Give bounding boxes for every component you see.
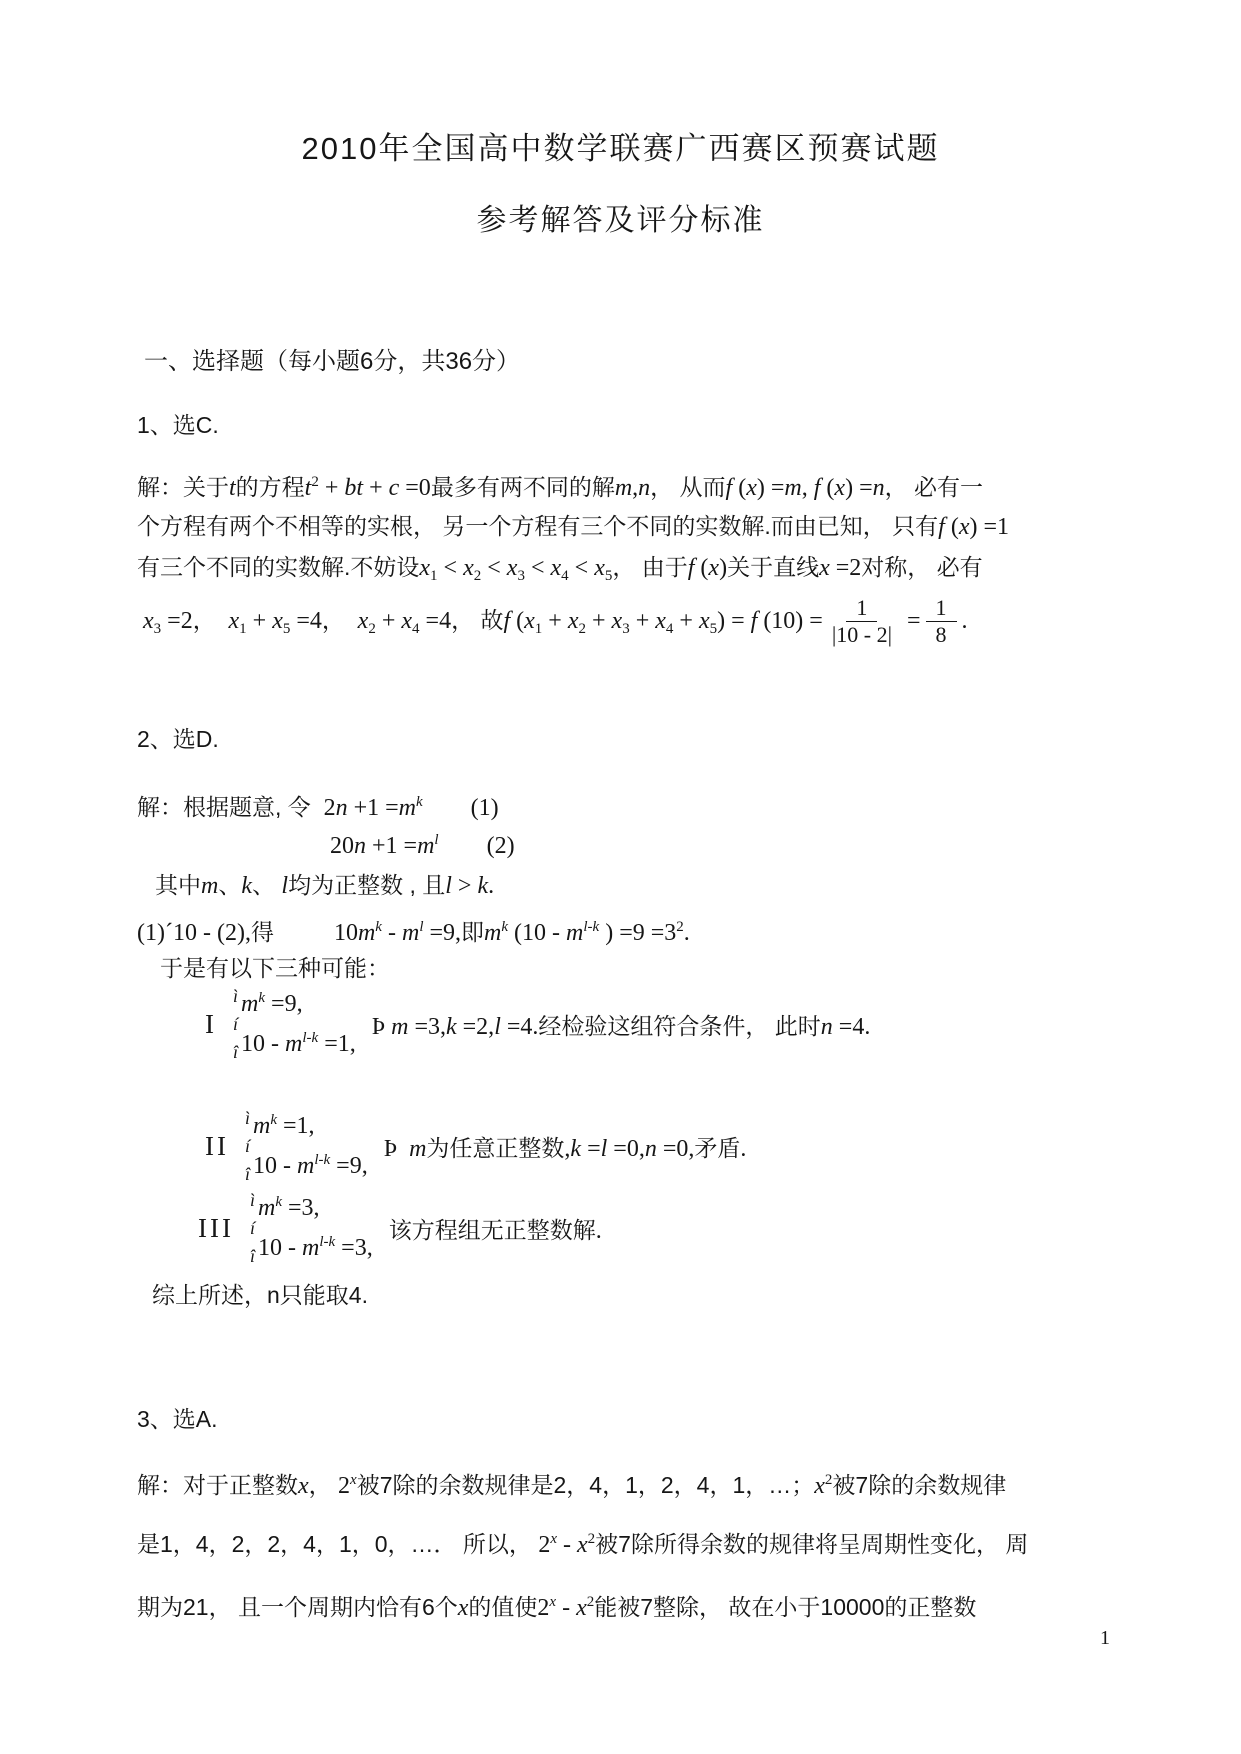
text-segment: k [477,873,488,899]
text-segment: (1) [423,795,499,821]
text-segment: 1 [430,568,438,584]
text-segment: m [402,920,419,946]
text-segment: 期为21， 且一个周期内恰有6个 [137,1594,458,1620]
text-segment: x [550,1531,557,1547]
text-segment: =1, [318,1031,356,1057]
text-segment: ， [309,1472,338,1498]
text-segment: 10 - [241,1031,285,1057]
case-3-result: 该方程组无正整数解. [389,1212,602,1245]
brace-glyph-top: ì [250,1192,255,1208]
problem2-line2: 20n +1 =ml (2) [330,824,515,862]
brace-glyph-bottom: î [250,1248,255,1264]
brace-glyph-bottom: î [233,1044,238,1060]
text-segment: m [297,1153,314,1179]
text-segment: ) [719,555,727,581]
text-segment: < [481,555,507,581]
text-segment: ， [322,607,358,633]
problem3-line1: 解：对于正整数x， 2x被7除的余数规律是2，4，1，2，4，1，…；x2被7除… [137,1464,1006,1502]
text-segment: 、 [218,872,241,898]
text-segment: x [577,1532,588,1558]
problem2-answer-label: 2、选D. [137,723,219,755]
text-segment: x [419,555,430,581]
text-segment: k [416,794,423,810]
text-segment: x [819,555,830,581]
text-segment: =4. [501,1014,539,1040]
text-segment: 得 [251,919,274,945]
text-segment: ， 由于 [612,554,687,580]
problem1-line2: 个方程有两个不相等的实根， 另一个方程有三个不同的实数解.而由已知， 只有f (… [137,510,1009,543]
text-segment: 2 [324,795,336,821]
problem2-line3: 其中m、k、 l均为正整数 , 且l > k. [155,869,494,902]
text-segment: 解：关于 [137,474,229,500]
text-segment: x [568,608,579,634]
text-segment: x [272,608,283,634]
text-segment: 经检验这组符合条件， 此时 [538,1013,820,1039]
text-segment: (10 - [508,920,566,946]
text-segment: 10 - [258,1235,302,1261]
brace-glyph-bottom: î [245,1166,250,1182]
text-segment: 是1，4，2，2，4，1，0，…． 所以， [137,1531,538,1557]
fraction-numerator: 1 [926,595,957,622]
text-segment: ， 故 [451,607,503,633]
text-segment: ( [694,555,708,581]
text-segment: m [253,1113,270,1139]
case-2-eq2: 10 - ml-k =9, [253,1152,368,1180]
text-segment: + [363,475,389,501]
text-segment: ( [945,514,959,540]
text-segment: 的方程 [236,474,305,500]
text-segment: + [673,608,699,634]
text-segment: 2 [579,621,587,637]
text-segment: 矛盾 [694,1135,740,1161]
fraction: 18 [926,595,957,649]
text-segment: m [241,991,258,1017]
text-segment: x [463,555,474,581]
text-segment: m [201,873,218,899]
text-segment: k [241,873,252,899]
text-segment: x [507,555,518,581]
problem2-summary: 综上所述，n只能取4. [152,1279,368,1311]
text-segment: ) = [757,475,785,501]
section-heading: 一、选择题（每小题6分，共36分） [144,346,520,378]
text-segment: k [446,1014,457,1040]
case-2-result: Þ m为任意正整数,k =l =0,n =0,矛盾. [384,1130,747,1163]
text-segment: x [708,555,719,581]
text-segment: m [615,475,632,501]
text-segment: 有三个不同的实数解.不妨设 [137,554,419,580]
case-3: III ì í î mk =3, 10 - ml-k =3, 该方程组无正整数解… [198,1192,602,1264]
text-segment: . [740,1136,746,1162]
text-segment: +1 = [366,833,417,859]
text-segment: . [684,920,690,946]
text-segment: 个方程有两个不相等的实根， 另一个方程有三个不同的实数解.而由已知， 只有 [137,513,938,539]
text-segment: 该方程组无正整数解 [389,1217,596,1243]
text-segment: x [401,608,412,634]
text-segment: - [556,1595,576,1621]
text-segment: < [569,555,595,581]
text-segment: m [566,920,583,946]
text-segment: =0, [657,1136,695,1162]
text-segment: 其中 [155,872,201,898]
text-segment: = [581,1136,601,1162]
text-segment: x [551,555,562,581]
text-segment: 1 [239,621,247,637]
text-segment: m [302,1235,319,1261]
text-segment: =4 [290,608,322,634]
text-segment: 3 [517,568,525,584]
text-segment: 4 [561,568,569,584]
text-segment: 2 [676,919,684,935]
text-segment: =1, [277,1113,315,1139]
fraction: 1|10 - 2| [828,595,896,649]
problem2-line4: (1)´10 - (2),得 10mk - ml =9,即mk (10 - ml… [137,911,690,949]
text-segment: m [399,795,416,821]
text-segment: x [814,1473,825,1499]
text-segment: =2 [830,555,862,581]
text-segment: k [270,1112,277,1128]
text-segment: n [336,795,348,821]
text-segment: + [376,608,402,634]
text-segment: Þ [372,1014,391,1040]
text-segment: =4. [833,1014,871,1040]
text-segment: 解：对于正整数 [137,1472,298,1498]
problem3-answer-label: 3、选A. [137,1403,218,1435]
text-segment: < [525,555,551,581]
text-segment: 对称， 必有 [861,554,982,580]
text-segment: =9, [330,1153,368,1179]
case-1: I ì í î mk =9, 10 - ml-k =1, Þ m =3,k =2… [205,988,870,1060]
text-segment: 10 [274,920,358,946]
text-segment: 10 - [253,1153,297,1179]
text-segment: x [228,608,239,634]
text-segment: 2 [538,1532,550,1558]
text-segment: m [285,1031,302,1057]
text-segment: 20 [330,833,354,859]
text-segment: x [458,1595,469,1621]
text-segment: 关于直线 [727,554,819,580]
text-segment: x [298,1473,309,1499]
text-segment: 能被7整除， 故在小于10000的正整数 [594,1594,976,1620]
system-brace-glyphs: ì í î [250,1192,255,1264]
text-segment: ) = [845,475,873,501]
text-segment: 被7除的余数规律是2，4，1，2，4，1，…； [357,1472,815,1498]
text-segment: 2 [368,621,376,637]
system-brace-glyphs: ì í î [233,988,238,1060]
text-segment: n [354,833,366,859]
fraction-denominator: 8 [932,622,951,648]
text-segment: m [391,1014,408,1040]
text-segment: x [699,608,710,634]
text-segment: + [542,608,568,634]
case-3-eq1: mk =3, [258,1194,373,1222]
text-segment: . [596,1218,602,1244]
text-segment: =4 [420,608,452,634]
case-2: II ì í î mk =1, 10 - ml-k =9, Þ m为任意正整数,… [205,1110,746,1182]
text-segment: bt [344,475,363,501]
case-3-equations: mk =3, 10 - ml-k =3, [258,1194,373,1262]
text-segment: m [258,1195,275,1221]
problem3-line3: 期为21， 且一个周期内恰有6个x的值使2x - x2能被7整除， 故在小于10… [137,1586,976,1624]
text-segment: 均为正整数 , 且 [288,872,445,898]
case-3-eq2: 10 - ml-k =3, [258,1234,373,1262]
text-segment: x [350,1472,357,1488]
text-segment: =9, [265,991,303,1017]
text-segment: l-k [302,1030,318,1046]
text-segment: =3, [335,1235,373,1261]
text-segment: 5 [710,621,718,637]
text-segment: m [409,1136,426,1162]
case-1-equations: mk =9, 10 - ml-k =1, [241,990,356,1058]
text-segment: x [612,608,623,634]
brace-glyph-top: ì [245,1110,250,1126]
text-segment: x [524,608,535,634]
problem2-line5: 于是有以下三种可能： [160,952,390,984]
fraction-numerator: 1 [846,595,877,622]
text-segment: 4 [412,621,420,637]
text-segment: + [247,608,273,634]
text-segment: =0, [607,1136,645,1162]
text-segment: =2 [161,608,193,634]
case-1-eq1: mk =9, [241,990,356,1018]
text-segment: ， 从而 [650,474,725,500]
text-segment: m [417,833,434,859]
text-segment: m [484,920,501,946]
problem1-line1: 解：关于t的方程t2 + bt + c =0最多有两不同的解m,n， 从而f (… [137,466,983,504]
text-segment: =0 [399,475,431,501]
fraction-denominator: |10 - 2| [828,622,896,648]
text-segment: 2 [311,474,319,490]
text-segment: +1 = [348,795,399,821]
text-segment: =3, [282,1195,320,1221]
text-segment: f [938,514,945,540]
text-segment: k [275,1194,282,1210]
page-number: 1 [1100,1622,1110,1654]
case-1-eq2: 10 - ml-k =1, [241,1030,356,1058]
text-segment: (2) [439,833,515,859]
text-segment: + [319,475,345,501]
case-2-label: II [205,1131,229,1162]
text-segment: x [358,608,369,634]
text-segment: > [452,873,478,899]
text-segment: 2 [537,1595,549,1621]
text-segment: k [375,919,382,935]
document-title: 2010年全国高中数学联赛广西赛区预赛试题 [0,133,1241,165]
text-segment: , [802,475,814,501]
text-segment: n [821,1014,833,1040]
case-3-label: III [198,1213,234,1244]
document-subtitle: 参考解答及评分标准 [0,205,1241,237]
text-segment: n [873,475,885,501]
problem1-answer-label: 1、选C. [137,409,219,441]
text-segment: m [784,475,801,501]
text-segment: Þ [384,1136,409,1162]
brace-glyph-mid: í [250,1220,255,1236]
document-page: 2010年全国高中数学联赛广西赛区预赛试题 参考解答及评分标准 一、选择题（每小… [0,0,1241,1754]
text-segment: =9, [423,920,461,946]
text-segment: x [576,1595,587,1621]
text-segment: ) =1 [970,514,1010,540]
text-segment: 被7除的余数规律 [832,1472,1006,1498]
text-segment: - [382,920,402,946]
text-segment: ( [732,475,746,501]
text-segment: l-k [314,1152,330,1168]
text-segment: x [594,555,605,581]
text-segment: 2 [338,1473,350,1499]
text-segment: ) =9 =3 [599,920,676,946]
text-segment: 3 [622,621,630,637]
problem1-line4: x3 =2， x1 + x5 =4， x2 + x4 =4， 故f (x1 + … [143,583,968,666]
text-segment: ， [193,607,229,633]
text-segment: (1)´10 - (2), [137,920,251,946]
text-segment: ， 必有一 [885,474,983,500]
text-segment: . [488,873,494,899]
text-segment: t [229,475,236,501]
text-segment: m [358,920,375,946]
text-segment: . [962,608,968,634]
case-1-result: Þ m =3,k =2,l =4.经检验这组符合条件， 此时n =4. [372,1008,871,1041]
text-segment: x [959,514,970,540]
problem2-line1: 解：根据题意, 令 2n +1 =mk (1) [137,786,499,824]
text-segment: 的值使 [468,1594,537,1620]
text-segment: + [586,608,612,634]
text-segment: - [557,1532,577,1558]
case-1-label: I [205,1009,217,1040]
text-segment: k [570,1136,581,1162]
brace-glyph-mid: í [245,1138,250,1154]
text-segment: = [901,608,921,634]
case-2-eq1: mk =1, [253,1112,368,1140]
text-segment: x [746,475,757,501]
text-segment: n [645,1136,657,1162]
text-segment: l-k [319,1234,335,1250]
text-segment: x [834,475,845,501]
text-segment: 、 [252,872,281,898]
text-segment: 于是有以下三种可能： [160,955,390,981]
text-segment: x [143,608,154,634]
text-segment: x [655,608,666,634]
text-segment: =2, [457,1014,495,1040]
brace-glyph-top: ì [233,988,238,1004]
text-segment: ( [820,475,834,501]
case-2-equations: mk =1, 10 - ml-k =9, [253,1112,368,1180]
text-segment: =3, [408,1014,446,1040]
text-segment: l [445,873,452,899]
text-segment: + [630,608,656,634]
text-segment: c [389,475,400,501]
text-segment: 为任意正整数 [426,1135,564,1161]
problem3-line2: 是1，4，2，2，4，1，0，…． 所以， 2x - x2被7除所得余数的规律将… [137,1523,1028,1561]
text-segment: < [438,555,464,581]
text-segment: 被7除所得余数的规律将呈周期性变化， 周 [595,1531,1028,1557]
text-segment: (10) = [757,608,823,634]
text-segment: 即 [461,919,484,945]
text-segment: l-k [583,919,599,935]
text-segment: n [638,475,650,501]
brace-glyph-mid: í [233,1016,238,1032]
system-brace-glyphs: ì í î [245,1110,250,1182]
text-segment: ( [510,608,524,634]
text-segment: ) = [717,608,751,634]
text-segment: l [494,1014,501,1040]
text-segment: 最多有两不同的解 [431,474,615,500]
text-segment: 解：根据题意, 令 [137,794,324,820]
